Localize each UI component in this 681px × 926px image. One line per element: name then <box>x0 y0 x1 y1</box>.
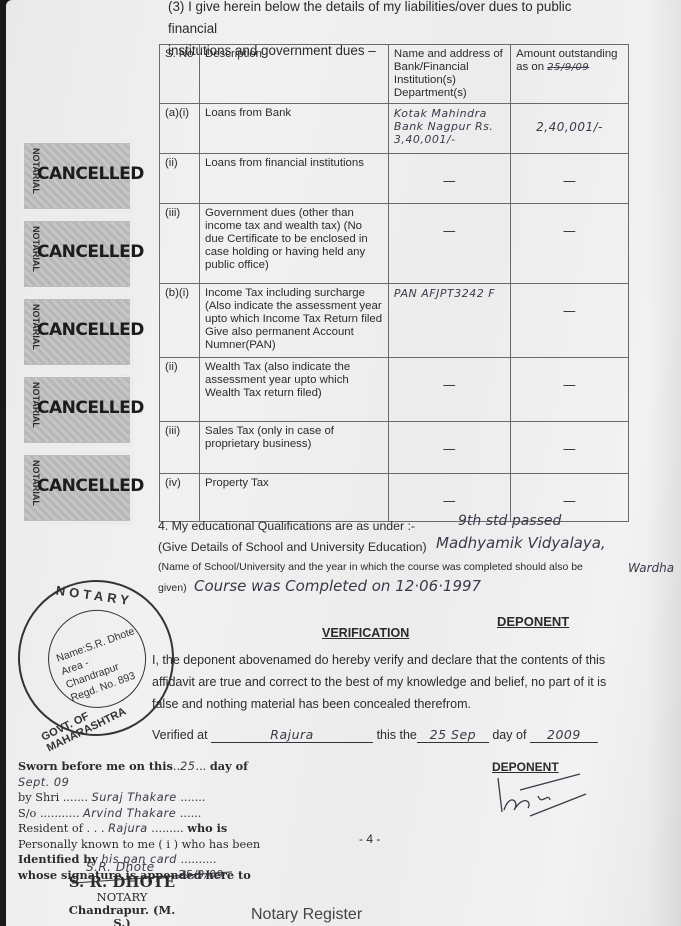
cancelled-mark: CANCELLED <box>37 320 144 340</box>
row-sno: (a)(i) <box>160 104 200 154</box>
table-row: (iii)Government dues (other than income … <box>160 204 629 284</box>
liabilities-table: S. No Description Name and address of Ba… <box>159 44 629 522</box>
verified-line: Verified at Rajura this the25 Sep day of… <box>152 727 622 743</box>
cancelled-mark: CANCELLED <box>37 164 144 184</box>
row-bank: — <box>388 204 510 284</box>
row-bank: PAN AFJPT3242 F <box>388 284 510 358</box>
row-amount-value: — <box>516 495 623 508</box>
cancelled-mark: CANCELLED <box>37 242 144 262</box>
edu-handwritten-2: Madhyamik Vidyalaya, <box>436 534 606 552</box>
notary-block: S. R. DHOTE NOTARY Chandrapur. (M. S.) <box>62 873 182 926</box>
row-bank-value: — <box>394 379 505 392</box>
row-bank-value: PAN AFJPT3242 F <box>394 287 495 300</box>
by-shri-label: by Shri <box>18 791 59 804</box>
resident-of-label: Resident of <box>18 822 83 835</box>
row-sno: (ii) <box>160 358 200 422</box>
row-bank: — <box>388 358 510 422</box>
notary-place: Chandrapur. (M. S.) <box>62 904 182 926</box>
table-row: (iii)Sales Tax (only in case of propriet… <box>160 422 629 474</box>
notarial-stamp: NOTARIALCANCELLED <box>24 221 130 287</box>
edu-line-3: (Name of School/University and the year … <box>158 561 583 573</box>
row-description: Sales Tax (only in case of proprietary b… <box>200 422 389 474</box>
table-row: (b)(i)Income Tax including surcharge (Al… <box>160 284 629 358</box>
table-row: (ii)Wealth Tax (also indicate the assess… <box>160 358 629 422</box>
notarial-stamp: NOTARIALCANCELLED <box>24 143 130 209</box>
row-amount: 2,40,001/- <box>511 104 629 154</box>
row-sno: (iii) <box>160 422 200 474</box>
deponent-label-education: DEPONENT <box>497 614 569 629</box>
row-bank-value: — <box>394 225 505 238</box>
verified-at-label: Verified at <box>152 728 208 742</box>
row-amount-value: — <box>516 305 623 318</box>
notarial-stamp: NOTARIALCANCELLED <box>24 455 130 521</box>
son-of-label: S/o <box>18 807 36 820</box>
day-of-label: day of <box>492 728 526 742</box>
page-edge-shadow <box>647 0 681 926</box>
notary-signature: S.R. Dhote <box>86 860 155 874</box>
day-of-value: 2009 <box>530 727 598 743</box>
by-shri-value: Suraj Thakare <box>92 791 177 804</box>
notarial-stamp: NOTARIALCANCELLED <box>24 299 130 365</box>
notarial-stamps: NOTARIALCANCELLEDNOTARIALCANCELLEDNOTARI… <box>22 143 132 533</box>
seal-top-text: NOTARY <box>55 583 134 609</box>
resident-of-value: Rajura <box>108 822 148 835</box>
row-sno: (b)(i) <box>160 284 200 358</box>
table-row: (ii)Loans from financial institutions—— <box>160 154 629 204</box>
personally-known-line: Personally known to me ( i ) who has bee… <box>18 837 278 853</box>
row-amount: — <box>511 154 629 204</box>
row-description: Loans from Bank <box>200 104 389 154</box>
page-number: - 4 - <box>359 832 380 846</box>
edu-handwritten-4: Course was Completed on 12·06·1997 <box>194 577 481 595</box>
row-bank: — <box>388 154 510 204</box>
header-sno: S. No <box>160 45 200 104</box>
row-description: Property Tax <box>200 474 389 522</box>
education-section: 4. My educational Qualifications are as … <box>158 519 678 603</box>
row-bank-value: — <box>394 175 505 188</box>
table-row: (a)(i)Loans from BankKotak Mahindra Bank… <box>160 104 629 154</box>
notary-name: S. R. DHOTE <box>62 873 182 891</box>
edu-line-1: 4. My educational Qualifications are as … <box>158 519 415 533</box>
row-amount: — <box>511 284 629 358</box>
header-bank: Name and address of Bank/Financial Insti… <box>388 45 510 104</box>
notarial-stamp: NOTARIALCANCELLED <box>24 377 130 443</box>
edu-handwritten-3: Wardha <box>628 561 674 575</box>
row-amount-value: — <box>516 379 623 392</box>
intro-line-1: (3) I give herein below the details of m… <box>168 0 618 40</box>
row-description: Government dues (other than income tax a… <box>200 204 389 284</box>
sworn-month: Sept. 09 <box>18 776 69 789</box>
row-sno: (ii) <box>160 154 200 204</box>
row-description: Wealth Tax (also indicate the assessment… <box>200 358 389 422</box>
row-bank-value: Kotak Mahindra Bank Nagpur Rs. 3,40,001/… <box>394 107 493 146</box>
edu-handwritten-1: 9th std passed <box>458 513 561 529</box>
row-amount-value: — <box>516 175 623 188</box>
who-is-label: who is <box>187 821 227 835</box>
row-sno: (iii) <box>160 204 200 284</box>
verification-text: I, the deponent abovenamed do hereby ver… <box>152 649 622 715</box>
cancelled-mark: CANCELLED <box>37 398 144 418</box>
row-amount-value: — <box>516 225 623 238</box>
header-amount-date: 25/9/09 <box>547 62 589 73</box>
sworn-label: Sworn before me on this <box>18 759 173 773</box>
row-amount: — <box>511 358 629 422</box>
son-of-value: Arvind Thakare <box>83 807 176 820</box>
edu-line-2: (Give Details of School and University E… <box>158 540 427 554</box>
row-bank-value: — <box>394 443 505 456</box>
row-amount: — <box>511 204 629 284</box>
row-sno: (iv) <box>160 474 200 522</box>
this-the-value: 25 Sep <box>417 727 489 743</box>
row-description: Income Tax including surcharge (Also ind… <box>200 284 389 358</box>
deponent-signature <box>490 772 590 822</box>
this-the-label: this the <box>377 728 417 742</box>
row-bank: — <box>388 422 510 474</box>
verified-at-value: Rajura <box>211 727 373 743</box>
verification-title: VERIFICATION <box>322 626 409 640</box>
row-amount-value: — <box>516 443 623 456</box>
sworn-day-of: day of <box>210 759 248 773</box>
header-description: Description <box>200 45 389 104</box>
cancelled-mark: CANCELLED <box>37 476 144 496</box>
row-bank: Kotak Mahindra Bank Nagpur Rs. 3,40,001/… <box>388 104 510 154</box>
table-header-row: S. No Description Name and address of Ba… <box>160 45 629 104</box>
row-description: Loans from financial institutions <box>200 154 389 204</box>
row-amount-value: 2,40,001/- <box>516 121 623 134</box>
row-bank-value: — <box>394 495 505 508</box>
header-amount: Amount outstanding as on 25/9/09 <box>511 45 629 104</box>
notary-register-label: Notary Register <box>251 906 362 924</box>
edu-line-4: given) <box>158 582 187 594</box>
row-amount: — <box>511 422 629 474</box>
sworn-day: 25 <box>180 760 195 773</box>
